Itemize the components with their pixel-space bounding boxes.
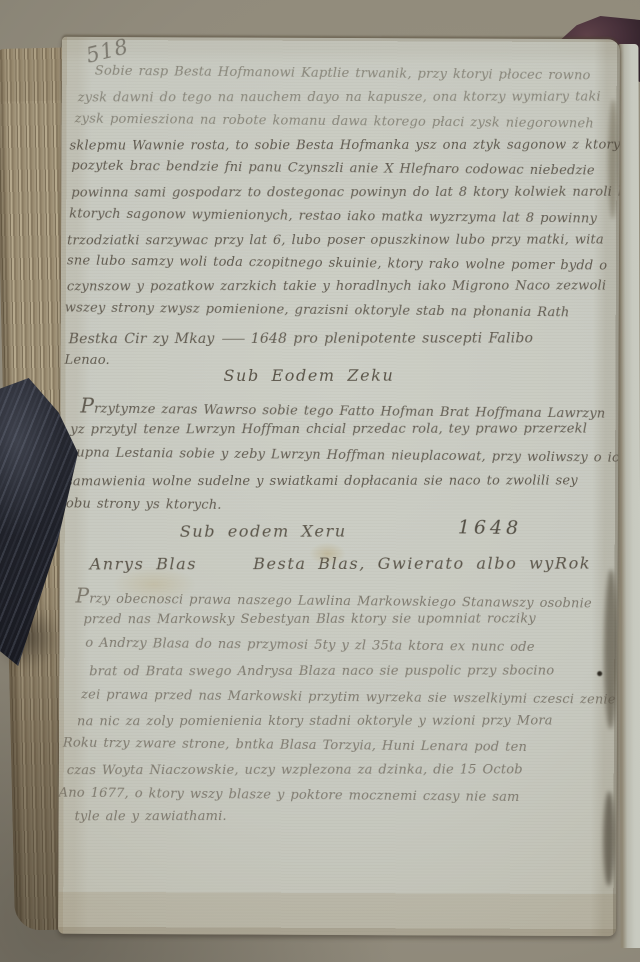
manuscript-line: sklepmu Wawnie rosta, to sobie Besta Hof… — [69, 138, 619, 154]
party-name: Anrys Blas — [90, 554, 198, 573]
manuscript-line: kupna Lestania sobie y zeby Lwrzyn Hoffm… — [68, 445, 620, 465]
manuscript-line: zei prawa przed nas Markowski przytim wy… — [81, 687, 616, 707]
manuscript-line: Ano 1677, o ktory wszy blasze y poktore … — [59, 786, 520, 805]
manuscript-line: samawienia wolne sudelne y swiatkami dop… — [66, 473, 578, 489]
facing-page-edge — [617, 44, 640, 948]
gutter-stain — [603, 791, 614, 886]
manuscript-line: tyle ale y zawiathami. — [75, 809, 227, 824]
manuscript-line: obu strony ys ktorych. — [66, 496, 222, 512]
manuscript-line: Przytymze zaras Wawrso sobie tego Fatto … — [80, 393, 605, 422]
manuscript-line: czynszow y pozatkow zarzkich takie y hor… — [67, 279, 606, 295]
section-heading: Sub eodem Xeru — [180, 522, 347, 541]
manuscript-line: sne lubo samzy woli toda czopitnego skui… — [67, 253, 607, 273]
manuscript-line: yz przytyl tenze Lwrzyn Hoffman chcial p… — [70, 422, 587, 438]
manuscript-line: Przy obecnosci prawa naszego Lawlina Mar… — [75, 584, 592, 613]
manuscript-line: Bestka Cir zy Mkay ⸺ 1648 pro plenipoten… — [69, 327, 534, 348]
manuscript-line: wszey strony zwysz pomienione, grazisni … — [65, 300, 570, 320]
manuscript-line: zysk pomiesziona na robote komanu dawa k… — [75, 111, 594, 131]
manuscript-line: na nic za zoly pomienienia ktory stadni … — [77, 713, 553, 729]
gutter-stain — [608, 99, 618, 219]
manuscript-line: pozytek brac bendzie fni panu Czynszli a… — [71, 158, 595, 178]
manuscript-line: ktorych sagonow wymienionych, restao iak… — [69, 206, 597, 226]
manuscript-line: zysk dawni do tego na nauchem dayo na ka… — [78, 90, 601, 106]
manuscript-line: Sobie rasp Besta Hofmanowi Kaptlie trwan… — [95, 64, 591, 84]
manuscript-line: brat od Brata swego Andrysa Blaza naco s… — [89, 664, 554, 680]
manuscript-line: powinna sami gospodarz to dostegonac pow… — [71, 185, 620, 201]
ink-dot — [597, 671, 602, 676]
manuscript-line: Roku trzy zware strone, bntka Blasa Torz… — [63, 736, 527, 755]
case-parties-heading: Anrys Blas Besta Blas, Gwierato albo wyR… — [90, 554, 592, 574]
manuscript-line: przed nas Markowsky Sebestyan Blas ktory… — [83, 611, 536, 627]
manuscript-line: czas Woyta Niaczowskie, uczy wzplezona z… — [67, 762, 523, 778]
party-name: Besta Blas, Gwierato albo wyRok — [253, 554, 591, 574]
section-heading: Sub Eodem Zeku — [223, 366, 394, 385]
year-annotation: 1648 — [458, 516, 523, 539]
manuscript-line: o Andrzy Blasa do nas przymosi 5ty y zl … — [85, 636, 534, 655]
manuscript-photo: 518 Sobie rasp Besta Hofmanowi Kaptlie t… — [0, 0, 640, 962]
manuscript-line: trzodziatki sarzywac przy lat 6, lubo po… — [67, 233, 604, 249]
manuscript-page: 518 Sobie rasp Besta Hofmanowi Kaptlie t… — [58, 37, 620, 936]
manuscript-line: Lenao. — [64, 353, 110, 368]
